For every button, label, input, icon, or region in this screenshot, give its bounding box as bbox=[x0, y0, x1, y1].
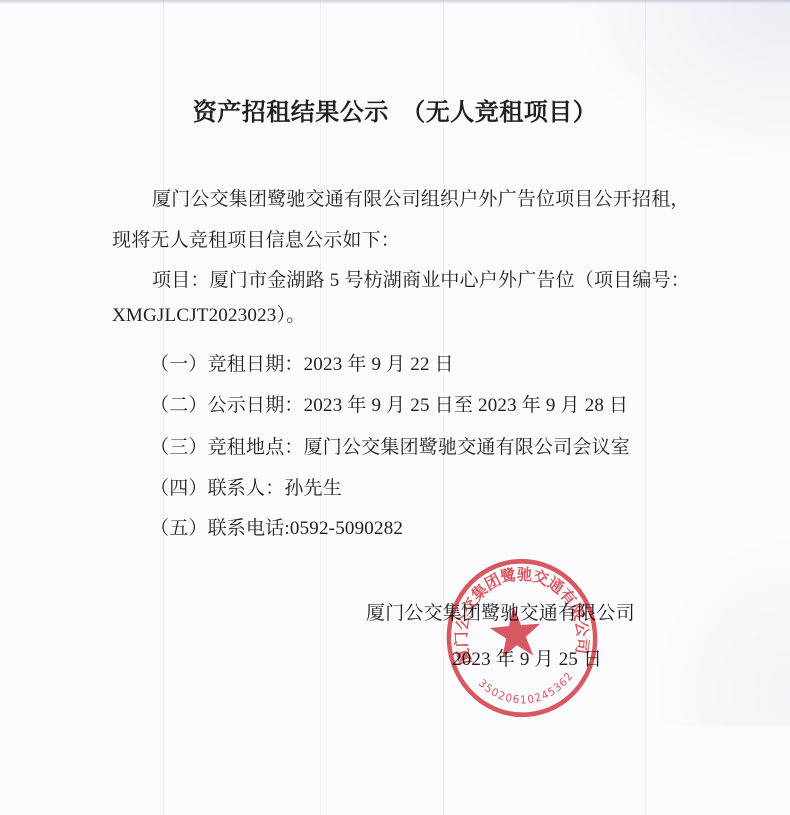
list-item-contact-phone: （五）联系电话:0592-5090282 bbox=[150, 516, 403, 542]
list-item-bid-date: （一）竞租日期：2023 年 9 月 22 日 bbox=[150, 352, 454, 378]
seal-outer-ring bbox=[443, 555, 602, 721]
intro-paragraph-line-1: 厦门公交集团鹭驰交通有限公司组织户外广告位项目公开招租， bbox=[152, 187, 690, 213]
signature-company-name: 厦门公交集团鹭驰交通有限公司 bbox=[366, 601, 635, 627]
seal-serial-number: 35020610245362 bbox=[475, 668, 578, 711]
list-item-contact-person: （四）联系人：孙先生 bbox=[150, 476, 342, 502]
company-seal-stamp-icon: 厦门公交集团鹭驰交通有限公司 35020610245362 bbox=[436, 548, 608, 727]
project-description-line-1: 项目：厦门市金湖路 5 号枋湖商业中心户外广告位（项目编号： bbox=[152, 268, 690, 294]
project-number-line: XMGJLCJT2023023）。 bbox=[112, 303, 305, 329]
seal-serial-text-holder: 35020610245362 bbox=[475, 668, 578, 711]
intro-paragraph-line-2: 现将无人竞租项目信息公示如下： bbox=[112, 228, 400, 254]
list-item-notice-period: （二）公示日期：2023 年 9 月 25 日至 2023 年 9 月 28 日 bbox=[150, 393, 628, 419]
signature-date: 2023 年 9 月 25 日 bbox=[452, 647, 602, 673]
list-item-bid-location: （三）竞租地点：厦门公交集团鹭驰交通有限公司会议室 bbox=[150, 435, 630, 461]
page-title: 资产招租结果公示 （无人竞租项目） bbox=[0, 97, 790, 129]
scanned-notice-page: 资产招租结果公示 （无人竞租项目） 厦门公交集团鹭驰交通有限公司组织户外广告位项… bbox=[0, 0, 790, 815]
